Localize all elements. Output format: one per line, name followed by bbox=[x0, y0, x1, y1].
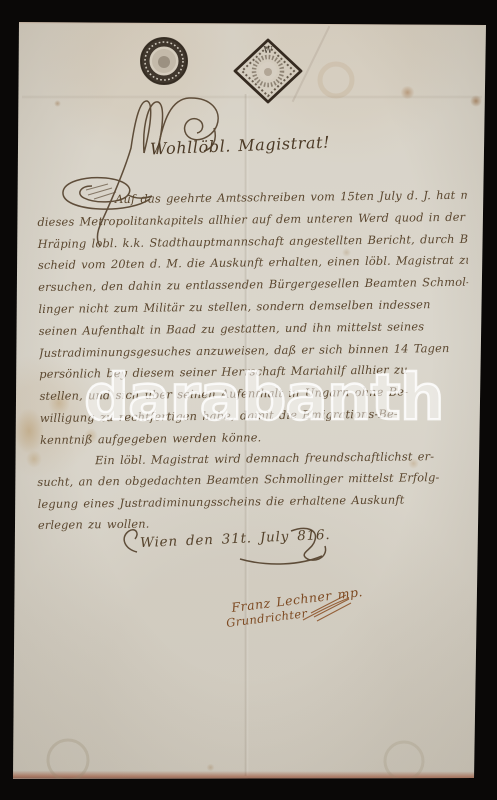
letter-body-paragraph-1: Auf das geehrte Amtsschreiben vom 15ten … bbox=[37, 185, 470, 452]
paper-bottom-edge bbox=[12, 771, 476, 780]
diamond-stamp: W bbox=[232, 37, 304, 105]
diamond-center-mark bbox=[264, 68, 272, 76]
letter-body-paragraph-2: Ein löbl. Magistrat wird demnach freunds… bbox=[37, 446, 468, 537]
faint-stamp-ghost bbox=[320, 64, 352, 96]
seal-center-mark bbox=[158, 56, 170, 68]
letter-salutation: Wohllöbl. Magistrat! bbox=[150, 133, 331, 159]
foxing-stain bbox=[470, 95, 482, 107]
foxing-stain bbox=[400, 86, 415, 99]
diamond-stamp-letter: W bbox=[263, 46, 273, 56]
circular-seal-stamp bbox=[139, 36, 189, 86]
photo-scene: W bbox=[0, 0, 497, 800]
paper-top-edge bbox=[16, 21, 484, 26]
document-paper: W bbox=[0, 0, 497, 800]
foxing-stain bbox=[54, 100, 61, 107]
dateline-underline-swash bbox=[240, 556, 322, 564]
